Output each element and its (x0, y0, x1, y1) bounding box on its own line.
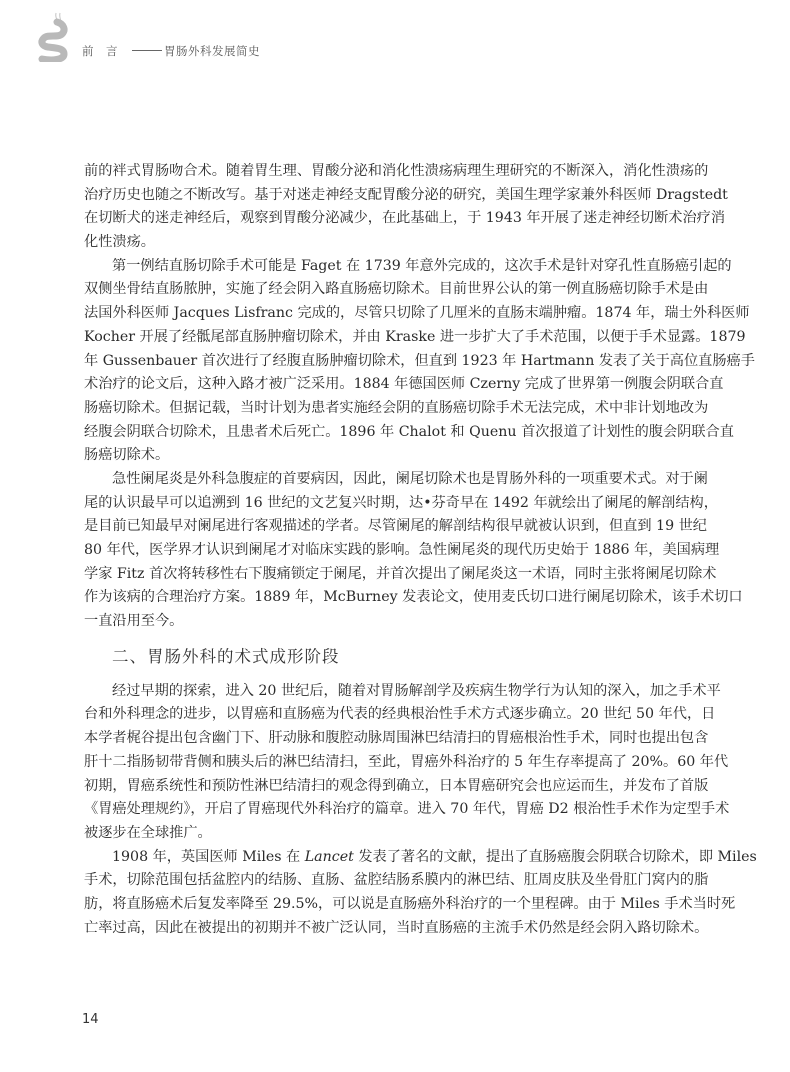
running-header: 前 言胃肠外科发展简史 (0, 0, 790, 80)
text-line: 作为该病的合理治疗方案。1889 年，McBurney 发表论文，使用麦氏切口进… (84, 586, 707, 610)
text-line: 术治疗的论文后，这种入路才被广泛采用。1884 年德国医师 Czerny 完成了… (84, 373, 707, 397)
text-line: 手术，切除范围包括盆腔内的结肠、直肠、盆腔结肠系膜内的淋巴结、肛周皮肤及坐骨肛门… (84, 869, 707, 893)
text-segment: 1908 年，英国医师 Miles 在 (112, 849, 305, 865)
text-line: 是目前已知最早对阑尾进行客观描述的学者。尽管阑尾的解剖结构很早就被认识到，但直到… (84, 515, 707, 539)
text-line: Kocher 开展了经骶尾部直肠肿瘤切除术，并由 Kraske 进一步扩大了手术… (84, 326, 707, 350)
paragraph-miles-procedure: 1908 年，英国医师 Miles 在 Lancet 发表了著名的文献，提出了直… (84, 846, 707, 941)
text-line: 初期，胃癌系统性和预防性淋巴结清扫的观念得到确立，日本胃癌研究会也应运而生，并发… (84, 775, 707, 799)
text-line: 尾的认识最早可以追溯到 16 世纪的文艺复兴时期，达•芬奇早在 1492 年就绘… (84, 492, 707, 516)
text-line: 《胃癌处理规约》，开启了胃癌现代外科治疗的篇章。进入 70 年代，胃癌 D2 根… (84, 798, 707, 822)
text-segment: 发表了著名的文献，提出了直肠癌腹会阴联合切除术，即 Miles (354, 849, 757, 865)
section-heading: 二、胃肠外科的术式成形阶段 (84, 638, 707, 676)
paragraph-appendectomy: 急性阑尾炎是外科急腹症的首要病因，因此，阑尾切除术也是胃肠外科的一项重要术式。对… (84, 468, 707, 634)
stomach-intestine-icon (36, 12, 70, 62)
chapter-label: 前 言 (82, 44, 118, 58)
text-line: 肝十二指肠韧带背侧和胰头后的淋巴结清扫，至此，胃癌外科治疗的 5 年生存率提高了… (84, 751, 707, 775)
text-line: 第一例结直肠切除手术可能是 Faget 在 1739 年意外完成的，这次手术是针… (84, 255, 707, 279)
text-line: 年 Gussenbauer 首次进行了经腹直肠肿瘤切除术，但直到 1923 年 … (84, 350, 707, 374)
paragraph-vagotomy: 前的袢式胃肠吻合术。随着胃生理、胃酸分泌和消化性溃疡病理生理研究的不断深入，消化… (84, 160, 707, 255)
text-line: 法国外科医师 Jacques Lisfranc 完成的，尽管只切除了几厘米的直肠… (84, 302, 707, 326)
text-line: 肠癌切除术。但据记载，当时计划为患者实施经会阴的直肠癌切除手术无法完成，术中非计… (84, 397, 707, 421)
text-line: 肠癌切除术。 (84, 444, 707, 468)
text-line: 前的袢式胃肠吻合术。随着胃生理、胃酸分泌和消化性溃疡病理生理研究的不断深入，消化… (84, 160, 707, 184)
text-line: 本学者梶谷提出包含幽门下、肝动脉和腹腔动脉周围淋巴结清扫的胃癌根治性手术，同时也… (84, 727, 707, 751)
text-line: 1908 年，英国医师 Miles 在 Lancet 发表了著名的文献，提出了直… (84, 846, 707, 870)
text-line: 一直沿用至今。 (84, 610, 707, 634)
text-line: 在切断犬的迷走神经后，观察到胃酸分泌减少，在此基础上，于 1943 年开展了迷走… (84, 207, 707, 231)
text-line: 肪，将直肠癌术后复发率降至 29.5%，可以说是直肠癌外科治疗的一个里程碑。由于… (84, 893, 707, 917)
journal-title: Lancet (305, 849, 354, 865)
text-line: 被逐步在全球推广。 (84, 822, 707, 846)
text-line: 亡率过高，因此在被提出的初期并不被广泛认同，当时直肠癌的主流手术仍然是经会阴入路… (84, 917, 707, 941)
running-head-title: 前 言胃肠外科发展简史 (82, 43, 260, 59)
text-line: 经过早期的探索，进入 20 世纪后，随着对胃肠解剖学及疾病生物学行为认知的深入，… (84, 680, 707, 704)
text-line: 台和外科理念的进步，以胃癌和直肠癌为代表的经典根治性手术方式逐步确立。20 世纪… (84, 703, 707, 727)
paragraph-gastric-cancer-surgery: 经过早期的探索，进入 20 世纪后，随着对胃肠解剖学及疾病生物学行为认知的深入，… (84, 680, 707, 846)
text-line: 双侧坐骨结直肠脓肿，实施了经会阴入路直肠癌切除术。目前世界公认的第一例直肠癌切除… (84, 278, 707, 302)
text-line: 经腹会阴联合切除术，且患者术后死亡。1896 年 Chalot 和 Quenu … (84, 421, 707, 445)
text-line: 化性溃疡。 (84, 231, 707, 255)
dash-separator (132, 50, 162, 51)
text-line: 学家 Fitz 首次将转移性右下腹痛锁定于阑尾，并首次提出了阑尾炎这一术语，同时… (84, 563, 707, 587)
text-line: 治疗历史也随之不断改写。基于对迷走神经支配胃酸分泌的研究，美国生理学家兼外科医师… (84, 184, 707, 208)
paragraph-colorectal-resection: 第一例结直肠切除手术可能是 Faget 在 1739 年意外完成的，这次手术是针… (84, 255, 707, 468)
text-line: 急性阑尾炎是外科急腹症的首要病因，因此，阑尾切除术也是胃肠外科的一项重要术式。对… (84, 468, 707, 492)
page-number: 14 (82, 1012, 99, 1027)
chapter-subtitle: 胃肠外科发展简史 (164, 44, 260, 58)
page-body: 前的袢式胃肠吻合术。随着胃生理、胃酸分泌和消化性溃疡病理生理研究的不断深入，消化… (84, 160, 707, 940)
text-line: 80 年代，医学界才认识到阑尾才对临床实践的影响。急性阑尾炎的现代历史始于 18… (84, 539, 707, 563)
